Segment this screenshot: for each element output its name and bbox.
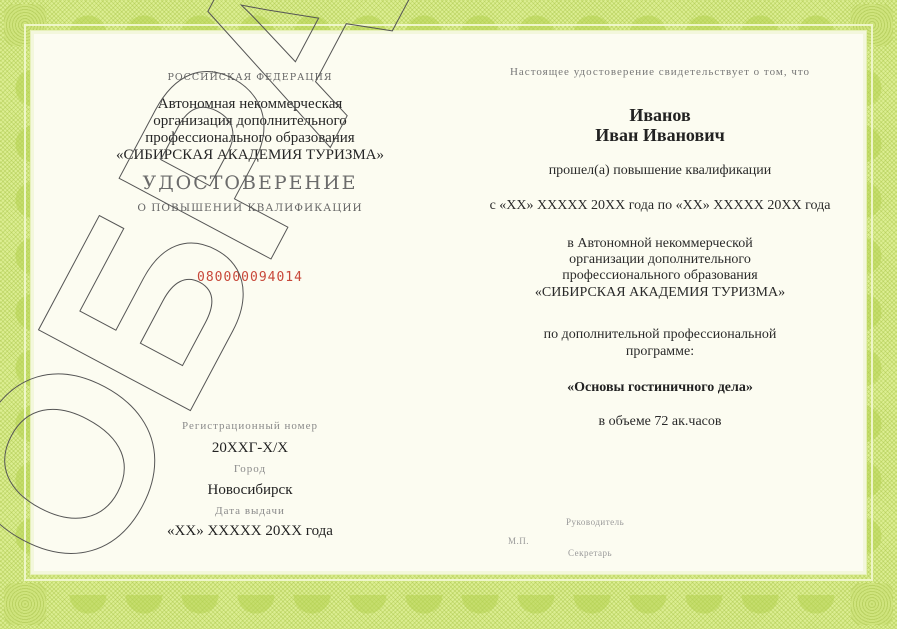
- head-signature-label: Руководитель: [566, 517, 624, 527]
- document-title: УДОСТОВЕРЕНИЕ: [100, 172, 400, 194]
- stamp-label: М.П.: [508, 536, 529, 546]
- completed-text: прошел(а) повышение квалификации: [450, 163, 870, 178]
- program-volume: в объеме 72 ак.часов: [450, 414, 870, 429]
- org-line: профессионального образования: [100, 130, 400, 147]
- org-line: организация дополнительного: [100, 113, 400, 130]
- org-line: организации дополнительного: [450, 252, 870, 267]
- intro-text: Настоящее удостоверение свидетельствует …: [450, 66, 870, 78]
- issue-date: «ХХ» ХХХХХ 20ХХ года: [100, 523, 400, 540]
- country-label: РОССИЙСКАЯ ФЕДЕРАЦИЯ: [100, 72, 400, 83]
- right-page: Настоящее удостоверение свидетельствует …: [450, 0, 870, 629]
- org-line: в Автономной некоммерческой: [450, 236, 870, 251]
- issue-date-label: Дата выдачи: [100, 505, 400, 517]
- org-line: Автономная некоммерческая: [100, 96, 400, 113]
- reg-number-label: Регистрационный номер: [100, 420, 400, 432]
- program-line: по дополнительной профессиональной: [450, 327, 870, 342]
- city-label: Город: [100, 463, 400, 475]
- program-line: программе:: [450, 344, 870, 359]
- serial-number: 080000094014: [100, 270, 400, 285]
- org-line: профессионального образования: [450, 268, 870, 283]
- secretary-signature-label: Секретарь: [568, 548, 612, 558]
- city: Новосибирск: [100, 482, 400, 499]
- left-page: РОССИЙСКАЯ ФЕДЕРАЦИЯ Автономная некоммер…: [100, 0, 400, 629]
- program-name: «Основы гостиничного дела»: [450, 380, 870, 396]
- reg-number: 20ХХГ-Х/Х: [100, 440, 400, 457]
- org-name: «СИБИРСКАЯ АКАДЕМИЯ ТУРИЗМА»: [100, 147, 400, 164]
- recipient-name: Иван Иванович: [450, 125, 870, 145]
- document-subtitle: О ПОВЫШЕНИИ КВАЛИФИКАЦИИ: [100, 202, 400, 214]
- org-name: «СИБИРСКАЯ АКАДЕМИЯ ТУРИЗМА»: [450, 285, 870, 300]
- corner-ornament-icon: [4, 583, 46, 625]
- recipient-surname: Иванов: [450, 105, 870, 125]
- certificate-sheet: РОССИЙСКАЯ ФЕДЕРАЦИЯ Автономная некоммер…: [0, 0, 897, 629]
- training-period: с «ХХ» ХХХХХ 20ХХ года по «ХХ» ХХХХХ 20Х…: [450, 198, 870, 213]
